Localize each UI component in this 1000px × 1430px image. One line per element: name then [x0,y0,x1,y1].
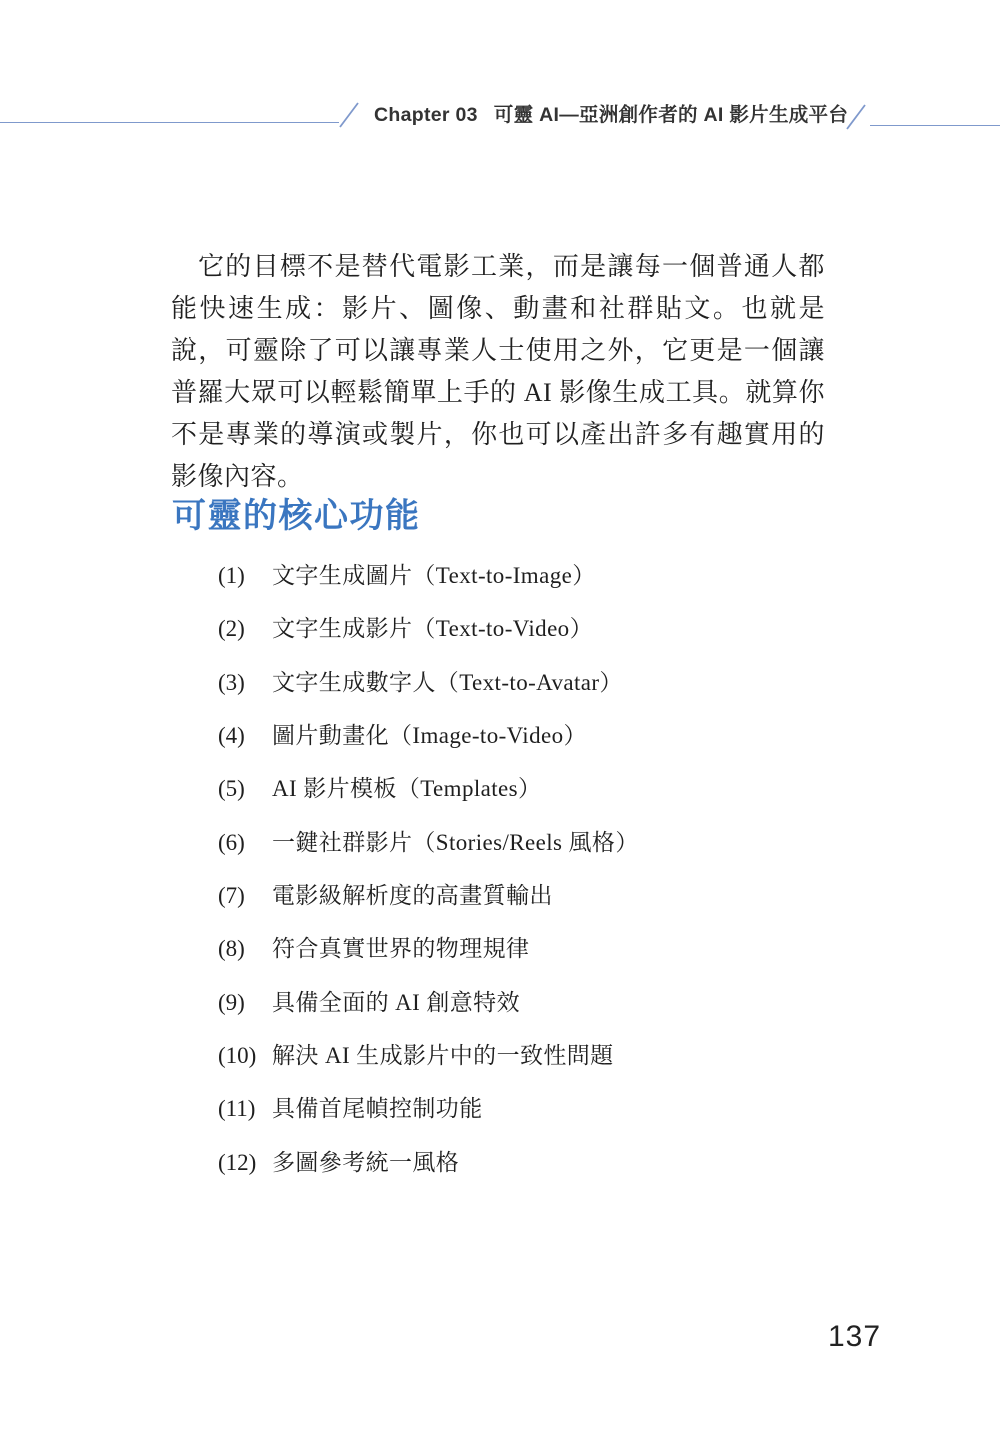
feature-list: (1) 文字生成圖片（Text-to-Image） (2) 文字生成影片（Tex… [218,560,878,1200]
list-item-number: (5) [218,773,272,804]
list-item-number: (9) [218,987,272,1018]
list-item: (10) 解決 AI 生成影片中的一致性問題 [218,1040,878,1093]
list-item-text: 一鍵社群影片（Stories/Reels 風格） [272,827,878,858]
list-item-text: 多圖參考統一風格 [272,1147,878,1178]
list-item: (9) 具備全面的 AI 創意特效 [218,987,878,1040]
list-item: (12) 多圖參考統一風格 [218,1147,878,1200]
chapter-title: 可靈 AI—亞洲創作者的 AI 影片生成平台 [494,104,848,126]
list-item-text: 電影級解析度的高畫質輸出 [272,880,878,911]
list-item-number: (3) [218,667,272,698]
list-item-text: 文字生成數字人（Text-to-Avatar） [272,667,878,698]
list-item: (4) 圖片動畫化（Image-to-Video） [218,720,878,773]
list-item-text: 解決 AI 生成影片中的一致性問題 [272,1040,878,1071]
list-item-number: (11) [218,1093,272,1124]
header-slash-icon [845,103,867,131]
chapter-label: Chapter 03 [374,104,478,126]
header-rule-right [870,125,1000,126]
intro-paragraph: 它的目標不是替代電影工業，而是讓每一個普通人都能快速生成：影片、圖像、動畫和社群… [171,246,825,498]
list-item-text: 文字生成圖片（Text-to-Image） [272,560,878,591]
list-item: (3) 文字生成數字人（Text-to-Avatar） [218,667,878,720]
list-item: (7) 電影級解析度的高畫質輸出 [218,880,878,933]
running-header: Chapter 03可靈 AI—亞洲創作者的 AI 影片生成平台 [374,102,848,128]
list-item-text: 文字生成影片（Text-to-Video） [272,613,878,644]
list-item-number: (8) [218,933,272,964]
header-slash-icon [338,101,360,129]
list-item-number: (7) [218,880,272,911]
section-heading: 可靈的核心功能 [172,496,421,536]
list-item-text: 圖片動畫化（Image-to-Video） [272,720,878,751]
list-item-number: (12) [218,1147,272,1178]
list-item: (6) 一鍵社群影片（Stories/Reels 風格） [218,827,878,880]
list-item-text: 具備全面的 AI 創意特效 [272,987,878,1018]
list-item-number: (6) [218,827,272,858]
list-item: (5) AI 影片模板（Templates） [218,773,878,826]
page-number: 137 [828,1320,881,1354]
list-item-number: (10) [218,1040,272,1071]
list-item-text: AI 影片模板（Templates） [272,773,878,804]
list-item-number: (2) [218,613,272,644]
list-item-text: 符合真實世界的物理規律 [272,933,878,964]
header-rule-left [0,122,339,123]
list-item-text: 具備首尾幀控制功能 [272,1093,878,1124]
list-item: (2) 文字生成影片（Text-to-Video） [218,613,878,666]
list-item: (8) 符合真實世界的物理規律 [218,933,878,986]
list-item: (11) 具備首尾幀控制功能 [218,1093,878,1146]
list-item: (1) 文字生成圖片（Text-to-Image） [218,560,878,613]
list-item-number: (1) [218,560,272,591]
list-item-number: (4) [218,720,272,751]
